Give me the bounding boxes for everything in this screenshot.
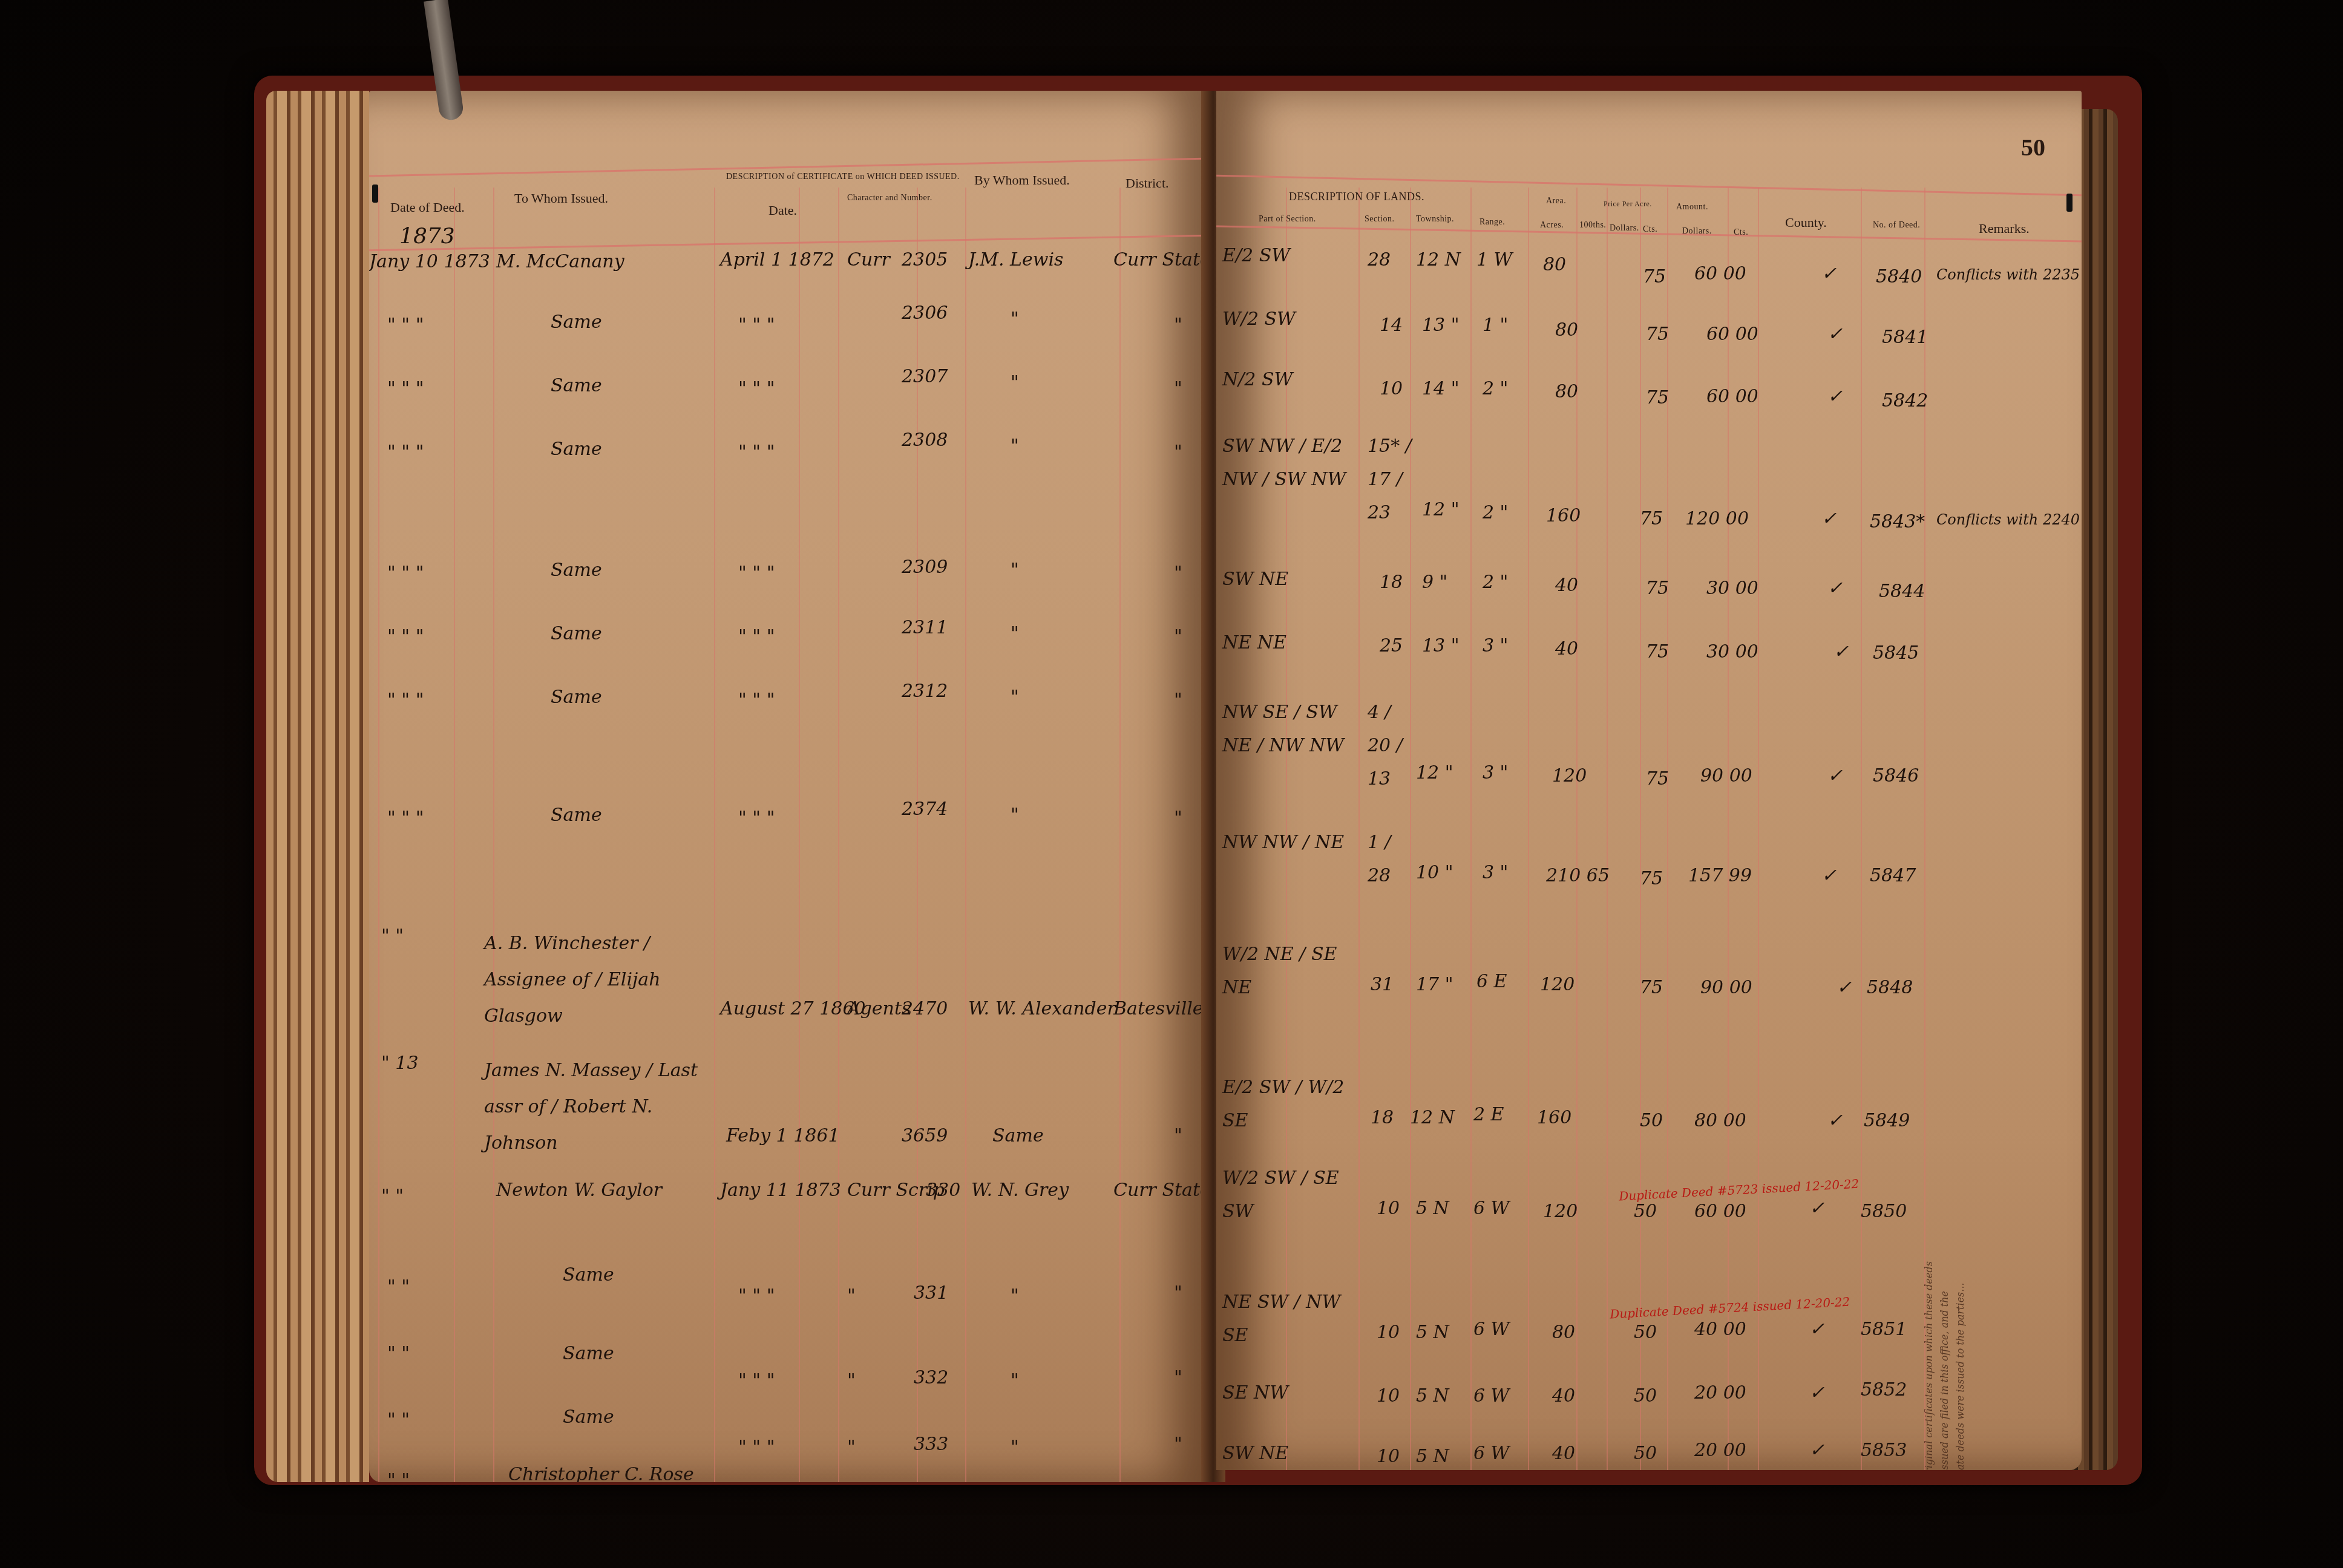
- grantee-name: M. McCanany: [496, 251, 624, 272]
- acres: 80: [1552, 1322, 1575, 1343]
- township: 5 N: [1416, 1446, 1449, 1467]
- issued-by: ": [1011, 687, 1019, 708]
- amount: 60 00: [1694, 1201, 1746, 1222]
- range: 1 ": [1483, 315, 1508, 336]
- certificate-date: Feby 1 1861: [726, 1125, 840, 1146]
- deed-number: 5841: [1882, 327, 1928, 348]
- certificate-date: " " ": [738, 563, 775, 584]
- left-page: Date of Deed. To Whom Issued. DESCRIPTIO…: [369, 91, 1210, 1482]
- district: ": [1174, 378, 1182, 399]
- header-amount-cents: Cts.: [1734, 228, 1748, 238]
- certificate-number: 2306: [902, 302, 948, 324]
- issued-by: ": [1011, 1285, 1019, 1307]
- column-rule: [493, 188, 494, 1482]
- deed-date: " ": [387, 1343, 410, 1364]
- header-date-of-deed: Date of Deed.: [390, 200, 465, 215]
- range: 1 W: [1476, 249, 1512, 270]
- county-check: ✓: [1821, 865, 1837, 886]
- certificate-number: 331: [914, 1282, 948, 1304]
- deed-number: 5850: [1861, 1201, 1907, 1222]
- acres: 120: [1543, 1201, 1578, 1222]
- column-rule: [838, 188, 839, 1482]
- header-price-cents: Cts.: [1643, 225, 1657, 235]
- certificate-date: " " ": [738, 1437, 775, 1458]
- certificate-date: August 27 1860: [720, 998, 866, 1019]
- county-check: ✓: [1827, 1110, 1843, 1131]
- part-of-section: W/2 SW: [1222, 309, 1296, 330]
- grantee-name: Same: [551, 805, 602, 826]
- district: ": [1174, 1367, 1182, 1388]
- district: ": [1174, 808, 1182, 829]
- acres: 120: [1552, 765, 1587, 786]
- section: 18: [1380, 572, 1403, 593]
- section: 10: [1377, 1446, 1400, 1467]
- deed-date: " ": [387, 1410, 410, 1431]
- county-check: ✓: [1837, 977, 1852, 998]
- header-to-whom-issued: To Whom Issued.: [514, 191, 608, 206]
- header-cert-date: Date.: [768, 203, 797, 218]
- price-per-acre: 50: [1634, 1385, 1657, 1406]
- part-of-section: NE SW / NW SE: [1222, 1285, 1349, 1352]
- amount: 90 00: [1700, 765, 1752, 786]
- header-area-group: Area.: [1546, 197, 1566, 206]
- section: 10: [1377, 1322, 1400, 1343]
- header-hundredths: 100ths.: [1579, 221, 1606, 230]
- column-marker: [2066, 194, 2073, 212]
- grantee-name: Same: [551, 687, 602, 708]
- range: 6 W: [1473, 1319, 1509, 1340]
- part-of-section: NW NW / NE: [1222, 826, 1349, 859]
- grantee-name: Newton W. Gaylor: [496, 1180, 662, 1201]
- column-rule: [799, 188, 800, 1482]
- township: 5 N: [1416, 1198, 1449, 1219]
- certificate-date: " " ": [738, 808, 775, 829]
- range: 6 E: [1476, 971, 1507, 992]
- county-check: ✓: [1821, 508, 1837, 529]
- column-rule: [1119, 188, 1121, 1482]
- column-rule: [1640, 188, 1641, 1470]
- district: ": [1174, 1434, 1182, 1455]
- section: 4 / 20 / 13: [1368, 696, 1410, 795]
- section: 10: [1377, 1198, 1400, 1219]
- district: ": [1174, 442, 1182, 463]
- amount: 20 00: [1694, 1382, 1746, 1403]
- township: 5 N: [1416, 1385, 1449, 1406]
- amount: 20 00: [1694, 1440, 1746, 1461]
- price-per-acre: 50: [1634, 1322, 1657, 1343]
- deed-date: " " ": [387, 808, 424, 829]
- section: 15* / 17 / 23: [1368, 430, 1422, 529]
- margin-note: The original certificates upon which the…: [1921, 1246, 1968, 1470]
- deed-number: 5852: [1861, 1379, 1907, 1400]
- header-district: District.: [1126, 175, 1169, 191]
- certificate-number: 3659: [902, 1125, 948, 1146]
- grantee-name: Same: [551, 439, 602, 460]
- township: 13 ": [1422, 315, 1460, 336]
- price-per-acre: 50: [1634, 1201, 1657, 1222]
- part-of-section: NW SE / SW NE / NW NW: [1222, 696, 1349, 762]
- township: 12 ": [1416, 762, 1453, 783]
- amount: 60 00: [1694, 263, 1746, 284]
- amount: 30 00: [1706, 641, 1758, 662]
- deed-number: 5842: [1882, 390, 1928, 411]
- header-price-group: Price Per Acre.: [1604, 200, 1652, 209]
- certificate-number: 2312: [902, 681, 948, 702]
- header-no-of-deed: No. of Deed.: [1873, 221, 1920, 230]
- certificate-character: Curr: [847, 249, 890, 270]
- grantee-name: Same: [563, 1343, 614, 1364]
- township: 13 ": [1422, 635, 1460, 656]
- issued-by: J.M. Lewis: [968, 249, 1063, 270]
- deed-number: 5847: [1870, 865, 1916, 886]
- amount: 60 00: [1706, 386, 1758, 407]
- section: 31: [1371, 974, 1394, 995]
- price-per-acre: 50: [1640, 1110, 1663, 1131]
- amount: 30 00: [1706, 578, 1758, 599]
- column-rule: [1528, 188, 1529, 1470]
- certificate-date: " " ": [738, 378, 775, 399]
- price-per-acre: 75: [1640, 508, 1663, 529]
- district: Curr State: [1113, 1180, 1210, 1201]
- certificate-character: ": [847, 1285, 856, 1307]
- deed-number: 5849: [1864, 1110, 1910, 1131]
- deed-number: 5845: [1873, 642, 1919, 664]
- township: 5 N: [1416, 1322, 1449, 1343]
- right-page: 50 DESCRIPTION OF LANDS. Part of Section…: [1216, 91, 2082, 1470]
- acres: 40: [1552, 1385, 1575, 1406]
- header-by-whom-issued: By Whom Issued.: [974, 172, 1070, 188]
- acres: 40: [1555, 638, 1578, 659]
- certificate-number: 2374: [902, 799, 948, 820]
- header-amount-dollars: Dollars.: [1682, 227, 1712, 237]
- column-rule: [714, 188, 715, 1482]
- township: 9 ": [1422, 572, 1447, 593]
- deed-date: " " ": [387, 690, 424, 711]
- district: ": [1174, 690, 1182, 711]
- price-per-acre: 50: [1634, 1443, 1657, 1464]
- acres: 80: [1543, 254, 1566, 275]
- header-section: Section.: [1365, 215, 1395, 224]
- part-of-section: W/2 SW / SE SW: [1222, 1161, 1349, 1228]
- price-per-acre: 75: [1640, 977, 1663, 998]
- certificate-number: 2311: [902, 617, 948, 638]
- county-check: ✓: [1809, 1319, 1824, 1340]
- price-per-acre: 75: [1646, 768, 1669, 789]
- certificate-date: " " ": [738, 690, 775, 711]
- deed-date: " ": [387, 1470, 410, 1482]
- column-rule: [1667, 188, 1668, 1470]
- column-rule: [1607, 188, 1608, 1470]
- header-price-dollars: Dollars.: [1610, 224, 1639, 234]
- amount: 40 00: [1694, 1319, 1746, 1340]
- column-marker: [372, 185, 378, 203]
- issued-by: ": [1011, 1370, 1019, 1391]
- county-check: ✓: [1827, 578, 1843, 599]
- township: 12 N: [1410, 1107, 1455, 1128]
- part-of-section: SW NE: [1222, 569, 1288, 590]
- deed-number: 5848: [1867, 977, 1913, 998]
- acres: 160: [1546, 505, 1581, 526]
- header-county: County.: [1785, 215, 1827, 230]
- county-check: ✓: [1833, 641, 1849, 662]
- grantee-name: A. B. Winchester / Assignee of / Elijah …: [484, 926, 714, 1034]
- deed-number: 5844: [1879, 581, 1925, 602]
- header-township: Township.: [1416, 215, 1454, 224]
- township: 14 ": [1422, 378, 1460, 399]
- price-per-acre: 75: [1646, 387, 1669, 408]
- column-rule: [1470, 188, 1472, 1470]
- page-number: 50: [2021, 133, 2045, 162]
- county-check: ✓: [1809, 1382, 1824, 1403]
- column-rule: [1728, 188, 1729, 1470]
- acres: 160: [1537, 1107, 1571, 1128]
- grantee-name: James N. Massey / Last assr of / Robert …: [484, 1053, 714, 1161]
- certificate-number: 2308: [902, 430, 948, 451]
- district: ": [1174, 1125, 1182, 1146]
- section: 10: [1377, 1385, 1400, 1406]
- part-of-section: SE NW: [1222, 1382, 1288, 1403]
- grantee-name: Same: [551, 560, 602, 581]
- certificate-number: 2470: [902, 998, 948, 1019]
- header-range: Range.: [1480, 218, 1505, 227]
- amount: 90 00: [1700, 977, 1752, 998]
- duplicate-deed-note: Duplicate Deed #5724 issued 12-20-22: [1610, 1295, 1850, 1322]
- price-per-acre: 75: [1646, 641, 1669, 662]
- deed-date: " " ": [387, 315, 424, 336]
- part-of-section: SW NW / E/2 NW / SW NW: [1222, 430, 1349, 496]
- section: 1 / 28: [1368, 826, 1410, 892]
- certificate-date: Jany 11 1873: [720, 1180, 841, 1201]
- deed-date: " ": [387, 1276, 410, 1298]
- section: 18: [1371, 1107, 1394, 1128]
- district: Curr State: [1113, 249, 1210, 270]
- issued-by: ": [1011, 1437, 1019, 1458]
- acres: 120: [1540, 974, 1575, 995]
- column-rule: [454, 188, 455, 1482]
- county-check: ✓: [1821, 263, 1837, 284]
- section: 25: [1380, 635, 1403, 656]
- issued-by: W. N. Grey: [971, 1180, 1069, 1201]
- deed-date: " ": [381, 1186, 404, 1207]
- section: 14: [1380, 315, 1403, 336]
- range: 6 W: [1473, 1385, 1509, 1406]
- header-acres: Acres.: [1540, 221, 1564, 230]
- district: ": [1174, 626, 1182, 647]
- county-check: ✓: [1809, 1440, 1824, 1461]
- issued-by: ": [1011, 560, 1019, 581]
- deed-number: 5843*: [1870, 511, 1925, 532]
- section: 10: [1380, 378, 1403, 399]
- grantee-name: Same: [563, 1406, 614, 1428]
- part-of-section: W/2 NE / SE NE: [1222, 938, 1349, 1004]
- certificate-date: " " ": [738, 1285, 775, 1307]
- grantee-name: Christopher C. Rose: [508, 1464, 694, 1482]
- grantee-name: Same: [551, 375, 602, 396]
- range: 6 W: [1473, 1198, 1509, 1219]
- range: 3 ": [1483, 635, 1508, 656]
- price-per-acre: 75: [1646, 324, 1669, 345]
- certificate-character: ": [847, 1370, 856, 1391]
- deed-date: " " ": [387, 626, 424, 647]
- part-of-section: NE NE: [1222, 632, 1286, 653]
- county-check: ✓: [1809, 1198, 1824, 1219]
- deed-number: 5853: [1861, 1440, 1907, 1461]
- range: 6 W: [1473, 1443, 1509, 1464]
- deed-date: " " ": [387, 563, 424, 584]
- district: Batesville: [1113, 998, 1204, 1019]
- column-rule: [1410, 188, 1411, 1470]
- certificate-number: 333: [914, 1434, 948, 1455]
- certificate-number: 332: [914, 1367, 948, 1388]
- amount: 80 00: [1694, 1110, 1746, 1131]
- township: 12 ": [1422, 499, 1460, 520]
- district: ": [1174, 315, 1182, 336]
- part-of-section: E/2 SW / W/2 SE: [1222, 1071, 1349, 1137]
- column-rule: [378, 188, 379, 1482]
- acres: 40: [1552, 1443, 1575, 1464]
- column-rule: [1358, 188, 1360, 1470]
- township: 12 N: [1416, 249, 1461, 270]
- page-block-left-edge: [266, 91, 369, 1482]
- deed-date: " " ": [387, 442, 424, 463]
- deed-number: 5846: [1873, 765, 1919, 786]
- range: 2 E: [1473, 1104, 1504, 1125]
- year-heading: 1873: [399, 224, 455, 249]
- grantee-name: Same: [563, 1264, 614, 1285]
- acres: 80: [1555, 381, 1578, 402]
- amount: 60 00: [1706, 324, 1758, 345]
- certificate-number: 2307: [902, 366, 948, 387]
- column-rule: [1861, 188, 1862, 1470]
- header-lands-group: DESCRIPTION OF LANDS.: [1289, 191, 1424, 203]
- price-per-acre: 75: [1643, 266, 1666, 287]
- column-rule: [1576, 188, 1578, 1470]
- certificate-number: 330: [926, 1180, 960, 1201]
- certificate-date: " " ": [738, 442, 775, 463]
- township: 17 ": [1416, 974, 1453, 995]
- header-certificate-group: DESCRIPTION of CERTIFICATE on WHICH DEED…: [726, 172, 960, 182]
- certificate-number: 2309: [902, 557, 948, 578]
- amount: 120 00: [1685, 508, 1749, 529]
- range: 3 ": [1483, 862, 1508, 883]
- header-character-number: Character and Number.: [847, 194, 932, 203]
- header-remarks: Remarks.: [1979, 221, 2030, 237]
- price-per-acre: 75: [1646, 578, 1669, 599]
- part-of-section: E/2 SW: [1222, 245, 1290, 266]
- certificate-date: " " ": [738, 315, 775, 336]
- remarks: Conflicts with 2235: [1936, 266, 2080, 283]
- issued-by: ": [1011, 623, 1019, 644]
- acres: 40: [1555, 575, 1578, 596]
- grantee-name: Same: [551, 623, 602, 644]
- district: ": [1174, 563, 1182, 584]
- district: ": [1174, 1282, 1182, 1304]
- county-check: ✓: [1827, 765, 1843, 786]
- certificate-number: 2305: [902, 249, 948, 270]
- section: 28: [1368, 249, 1391, 270]
- issued-by: W. W. Alexander: [968, 998, 1116, 1019]
- grantee-name: Same: [551, 312, 602, 333]
- amount: 157 99: [1688, 865, 1752, 886]
- issued-by: ": [1011, 372, 1019, 393]
- issued-by: ": [1011, 436, 1019, 457]
- township: 10 ": [1416, 862, 1453, 883]
- column-rule: [1758, 188, 1759, 1470]
- deed-number: 5840: [1876, 266, 1922, 287]
- deed-date: " 13: [381, 1053, 419, 1074]
- deed-date: Jany 10 1873: [369, 251, 490, 272]
- range: 2 ": [1483, 378, 1508, 399]
- county-check: ✓: [1827, 324, 1843, 345]
- acres: 210 65: [1546, 865, 1610, 886]
- certificate-date: April 1 1872: [720, 249, 834, 270]
- acres: 80: [1555, 319, 1578, 341]
- part-of-section: SW NE: [1222, 1443, 1288, 1464]
- range: 2 ": [1483, 572, 1508, 593]
- certificate-character: ": [847, 1437, 856, 1458]
- deed-number: 5851: [1861, 1319, 1907, 1340]
- header-part-of-section: Part of Section.: [1259, 215, 1316, 224]
- certificate-date: " " ": [738, 626, 775, 647]
- part-of-section: N/2 SW: [1222, 369, 1293, 390]
- remarks: Conflicts with 2240: [1936, 511, 2080, 528]
- range: 3 ": [1483, 762, 1508, 783]
- price-per-acre: 75: [1640, 868, 1663, 889]
- certificate-date: " " ": [738, 1370, 775, 1391]
- issued-by: Same: [992, 1125, 1044, 1146]
- issued-by: ": [1011, 805, 1019, 826]
- header-amount-group: Amount.: [1676, 203, 1708, 212]
- range: 2 ": [1483, 502, 1508, 523]
- column-rule: [965, 188, 966, 1482]
- county-check: ✓: [1827, 386, 1843, 407]
- issued-by: ": [1011, 309, 1019, 330]
- deed-date: " " ": [387, 378, 424, 399]
- deed-date: " ": [381, 926, 404, 947]
